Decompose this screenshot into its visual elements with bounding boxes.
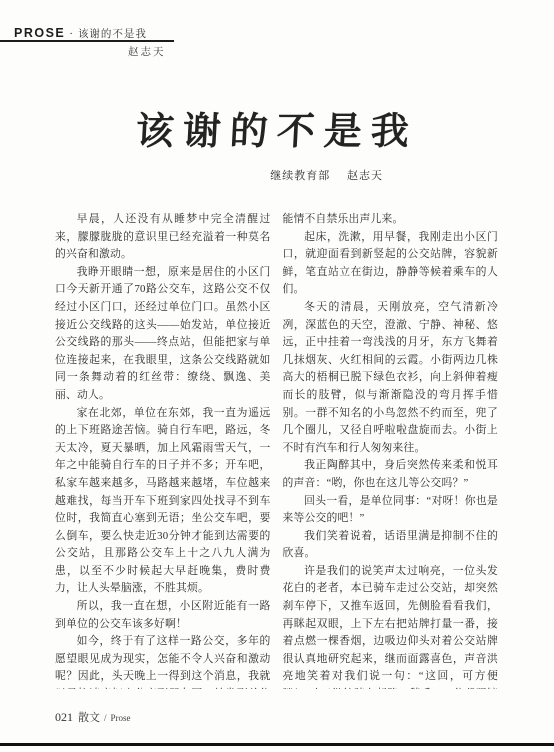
footer-section-cn: 散文 [78, 709, 100, 725]
paragraph: 许是我们的说笑声太过响亮，一位头发花白的老者，本已骑车走过公交站，却突然刹车停下… [283, 563, 499, 689]
paragraph: 我们笑着说着，话语里满是抑制不住的欣喜。 [283, 528, 499, 563]
article-title: 该谢的不是我 [0, 100, 554, 155]
header-running-title: 该谢的不是我 [78, 26, 147, 41]
paragraph: 冬天的清晨，天刚放亮，空气清新冷冽，深蓝色的天空，澄澈、宁静、神秘、悠远，正中挂… [283, 299, 499, 457]
paragraph: 我正陶醉其中，身后突然传来柔和悦耳的声音：“哟，你也在这儿等公交吗？” [283, 457, 499, 492]
footer-section-en: Prose [111, 713, 131, 723]
footer-page-number: 021 [55, 710, 73, 725]
column-left: 早晨，人还没有从睡梦中完全清醒过来，朦朦胧胧的意识里已经充溢着一种莫名的兴奋和激… [55, 211, 271, 689]
page-footer: 021 散文 / Prose [55, 709, 131, 725]
paragraph-continuation: 能情不自禁乐出声儿来。 [283, 211, 499, 229]
byline-author: 赵志天 [347, 170, 383, 182]
paragraph: 如今，终于有了这样一路公交，多年的愿望眼见成为现实，怎能不令人兴奋和激动呢？因此… [55, 633, 271, 689]
bottom-rule [0, 743, 554, 746]
header-category: PROSE [14, 26, 65, 40]
running-header: PROSE · 该谢的不是我 [14, 26, 147, 41]
paragraph: 回头一看，是单位同事：“对呀！你也是来等公交的吧！” [283, 493, 499, 528]
footer-divider: / [104, 713, 107, 723]
byline-department: 继续教育部 [270, 170, 330, 182]
header-rule [0, 40, 174, 42]
paragraph: 早晨，人还没有从睡梦中完全清醒过来，朦朦胧胧的意识里已经充溢着一种莫名的兴奋和激… [55, 211, 271, 264]
article-body: 早晨，人还没有从睡梦中完全清醒过来，朦朦胧胧的意识里已经充溢着一种莫名的兴奋和激… [55, 211, 498, 689]
paragraph: 家在北郊，单位在东郊，我一直为遥远的上下班路途苦恼。骑自行车吧，路远，冬天太冷，… [55, 405, 271, 599]
header-author: 赵志天 [128, 44, 166, 59]
column-right: 能情不自禁乐出声儿来。 起床，洗漱，用早餐，我刚走出小区门口，就迎面看到新竖起的… [283, 211, 499, 689]
paragraph: 起床，洗漱，用早餐，我刚走出小区门口，就迎面看到新竖起的公交站牌，容貌新鲜，笔直… [283, 229, 499, 299]
paragraph: 所以，我一直在想，小区附近能有一路到单位的公交车该多好啊！ [55, 598, 271, 633]
magazine-page: PROSE · 该谢的不是我 赵志天 该谢的不是我 继续教育部 赵志天 早晨，人… [0, 0, 554, 752]
article-byline: 继续教育部 赵志天 [270, 167, 383, 183]
header-separator-dot: · [69, 28, 73, 40]
paragraph: 我睁开眼睛一想，原来是居住的小区门口今天新开通了70路公交车，这路公交不仅经过小… [55, 264, 271, 405]
